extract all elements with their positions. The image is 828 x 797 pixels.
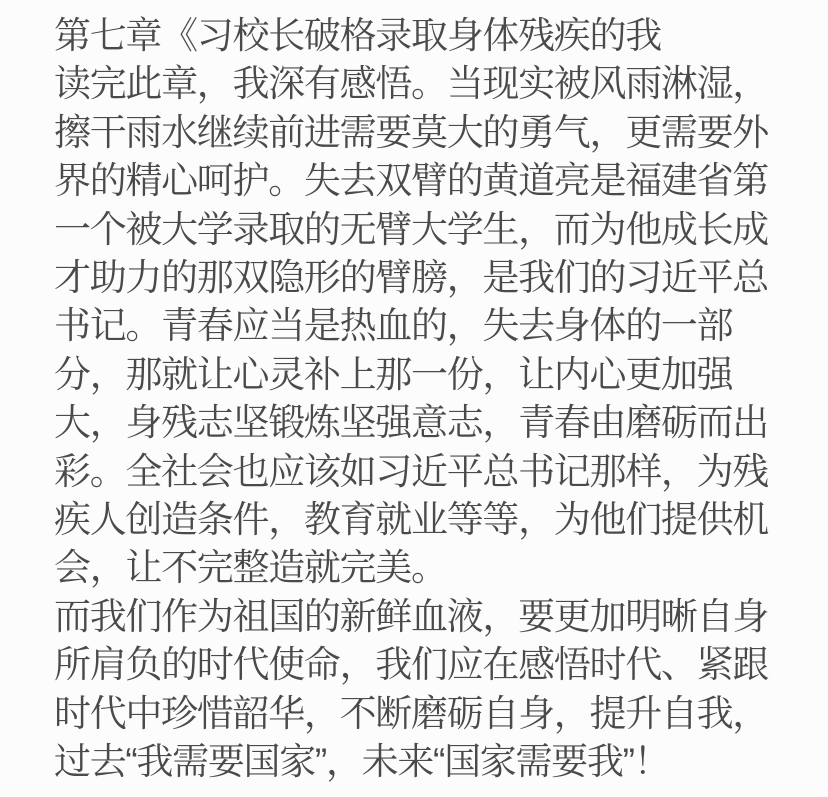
text-line: 读完此章，我深有感悟。当现实被风雨淋湿， — [54, 60, 784, 108]
text-line: 大，身残志坚锻炼坚强意志，青春由磨砺而出 — [54, 399, 784, 447]
text-line: 彩。全社会也应该如习近平总书记那样，为残 — [54, 448, 784, 496]
text-line: 才助力的那双隐形的臂膀，是我们的习近平总 — [54, 254, 784, 302]
text-line: 分，那就让心灵补上那一份，让内心更加强 — [54, 351, 784, 399]
text-line: 时代中珍惜韶华，不断磨砺自身，提升自我， — [54, 690, 784, 738]
text-line: 擦干雨水继续前进需要莫大的勇气，更需要外 — [54, 109, 784, 157]
text-line: 过去“我需要国家”，未来“国家需要我”！ — [54, 738, 784, 786]
text-line: 会，让不完整造就完美。 — [54, 544, 784, 592]
chapter-title-line: 第七章《习校长破格录取身体残疾的我 — [54, 12, 784, 60]
text-line: 一个被大学录取的无臂大学生，而为他成长成 — [54, 206, 784, 254]
text-line: 界的精心呵护。失去双臂的黄道亮是福建省第 — [54, 157, 784, 205]
paragraph-conclusion: 而我们作为祖国的新鲜血液，要更加明晰自身 所肩负的时代使命，我们应在感悟时代、紧… — [54, 593, 784, 787]
document-page: 第七章《习校长破格录取身体残疾的我 读完此章，我深有感悟。当现实被风雨淋湿， 擦… — [54, 12, 784, 787]
text-line: 所肩负的时代使命，我们应在感悟时代、紧跟 — [54, 641, 784, 689]
text-line: 而我们作为祖国的新鲜血液，要更加明晰自身 — [54, 593, 784, 641]
paragraph-reflection: 读完此章，我深有感悟。当现实被风雨淋湿， 擦干雨水继续前进需要莫大的勇气，更需要… — [54, 60, 784, 592]
text-line: 书记。青春应当是热血的，失去身体的一部 — [54, 302, 784, 350]
text-line: 疾人创造条件，教育就业等等，为他们提供机 — [54, 496, 784, 544]
